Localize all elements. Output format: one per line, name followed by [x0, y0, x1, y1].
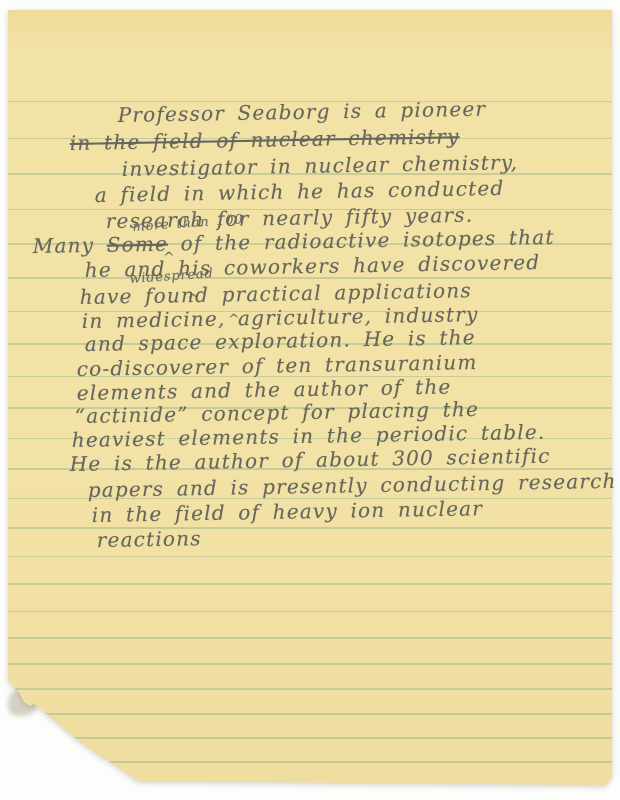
caret-mark: ^	[187, 293, 199, 307]
caret-mark: ^	[228, 313, 240, 327]
photo-of-note: Professor Seaborg is a pioneerin the fie…	[0, 0, 620, 800]
caret-layer: ^^^	[0, 0, 620, 800]
caret-mark: ^	[163, 251, 175, 265]
